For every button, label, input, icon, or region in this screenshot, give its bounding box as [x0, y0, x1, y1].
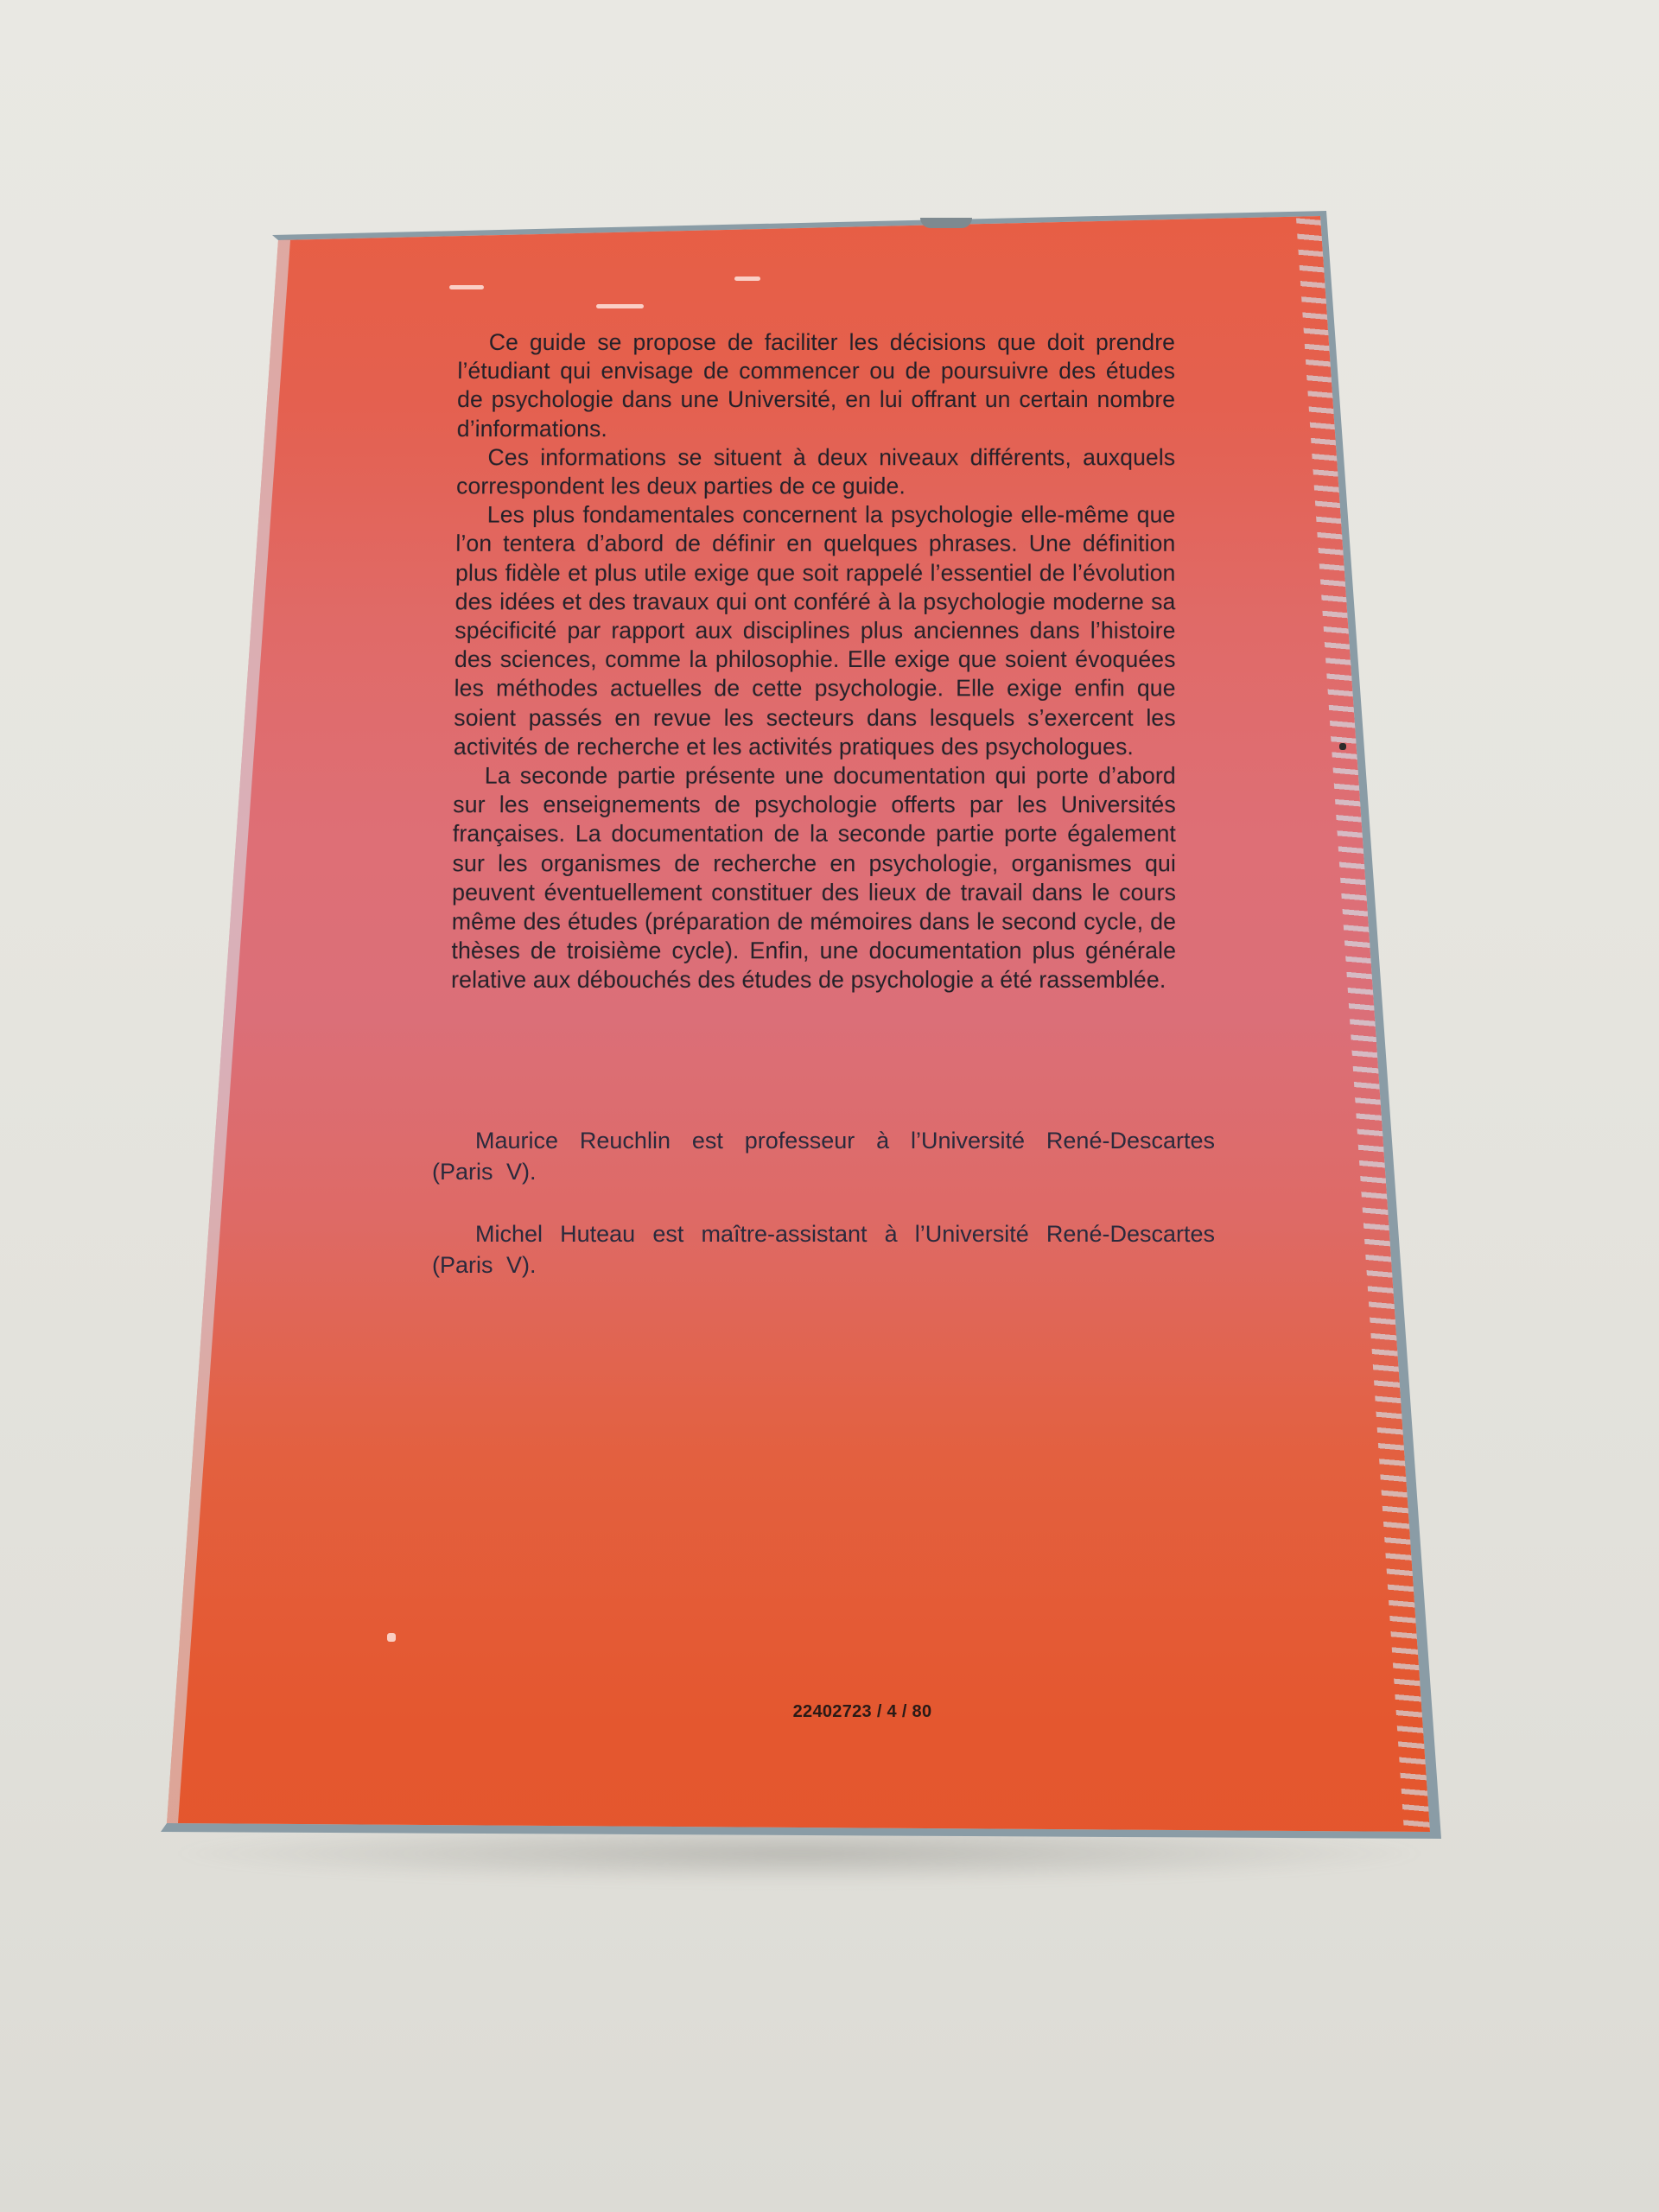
blurb-paragraph: Ces informations se situent à deux nivea… — [456, 443, 1175, 501]
blurb-paragraph: Ce guide se propose de faciliter les déc… — [457, 328, 1176, 443]
book-back-cover: Ce guide se propose de faciliter les déc… — [0, 0, 1659, 2212]
print-code: 22402723 / 4 / 80 — [0, 1702, 1659, 1722]
blurb-paragraph: La seconde partie présente une documenta… — [451, 761, 1176, 995]
blurb-paragraph: Les plus fondamentales concernent la psy… — [454, 501, 1176, 762]
author-bio: Michel Huteau est maître-assistant à l’U… — [432, 1218, 1215, 1281]
author-bios: Maurice Reuchlin est professeur à l’Univ… — [432, 1125, 1215, 1312]
author-bio: Maurice Reuchlin est professeur à l’Univ… — [432, 1125, 1215, 1187]
cover-text: Ce guide se propose de faciliter les déc… — [0, 0, 1659, 2212]
blurb: Ce guide se propose de faciliter les déc… — [451, 328, 1176, 995]
